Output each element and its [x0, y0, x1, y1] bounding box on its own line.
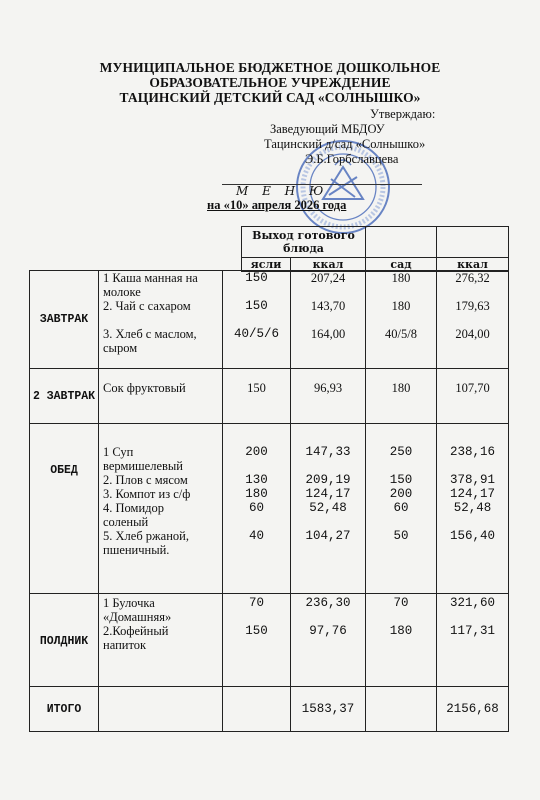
dish-value: 96,93 — [291, 381, 365, 395]
dish-value: 147,33 — [291, 445, 365, 459]
approver-org: Тацинский д/сад «Солнышко» — [264, 137, 425, 152]
dish-name-line: 1 Каша манная на — [103, 271, 222, 285]
header-output-group: Выход готового блюда — [242, 227, 366, 258]
org-header-line: ТАЦИНСКИЙ ДЕТСКИЙ САД «СОЛНЫШКО» — [0, 90, 540, 105]
dish-value: 60 — [366, 501, 436, 515]
dish-name-line: молоке — [103, 285, 222, 299]
dish-value: 107,70 — [437, 381, 508, 395]
table-header: Выход готового блюда ясли ккал сад ккал — [241, 226, 509, 272]
meal-row: 2 ЗАВТРАКСок фруктовый15096,93180107,70 — [30, 369, 509, 424]
dish-value: 70 — [223, 596, 290, 610]
dish-name-line: вермишелевый — [103, 459, 222, 473]
dish-value: 238,16 — [437, 445, 508, 459]
approve-label: Утверждаю: — [370, 107, 435, 122]
value-sad: 180 — [366, 369, 437, 424]
dish-value: 250 — [366, 445, 436, 459]
meal-name: ПОЛДНИК — [30, 594, 99, 687]
menu-date: на «10» апреля 2026 года — [207, 198, 346, 213]
value-sad: 2501502006050 — [366, 424, 437, 594]
dish-value: 321,60 — [437, 596, 508, 610]
org-header-line: ОБРАЗОВАТЕЛЬНОЕ УЧРЕЖДЕНИЕ — [0, 75, 540, 90]
dish-value: 60 — [223, 501, 290, 515]
value-yasli: 15015040/5/6 — [223, 271, 291, 369]
value-kcal2: 321,60117,31 — [437, 594, 509, 687]
approval-block: Утверждаю: Заведующий МБДОУ Тацинский д/… — [0, 107, 540, 167]
total-label: ИТОГО — [30, 687, 99, 732]
value-kcal2: 238,16378,91124,1752,48156,40 — [437, 424, 509, 594]
dish-list: 1 Супвермишелевый2. Плов с мясом3. Компо… — [99, 424, 223, 594]
value-sad: 70180 — [366, 594, 437, 687]
value-yasli: 2001301806040 — [223, 424, 291, 594]
dish-value: 40 — [223, 529, 290, 543]
meal-row: ОБЕД1 Супвермишелевый2. Плов с мясом3. К… — [30, 424, 509, 594]
dish-name-line: соленый — [103, 515, 222, 529]
dish-value: 207,24 — [291, 271, 365, 285]
dish-value: 209,19 — [291, 473, 365, 487]
dish-value: 70 — [366, 596, 436, 610]
dish-name-line: пшеничный. — [103, 543, 222, 557]
total-kcal-yasli: 1583,37 — [291, 687, 366, 732]
dish-name-line: напиток — [103, 638, 222, 652]
meal-row: ПОЛДНИК1 Булочка«Домашняя»2.Кофейныйнапи… — [30, 594, 509, 687]
dish-list: Сок фруктовый — [99, 369, 223, 424]
dish-value: 52,48 — [437, 501, 508, 515]
dish-value: 236,30 — [291, 596, 365, 610]
dish-name-line: 2. Плов с мясом — [103, 473, 222, 487]
dish-name-line: 2. Чай с сахаром — [103, 299, 222, 313]
dish-value: 180 — [366, 299, 436, 313]
dish-value: 150 — [223, 624, 290, 638]
value-kcal1: 147,33209,19124,1752,48104,27 — [291, 424, 366, 594]
dish-list: 1 Булочка«Домашняя»2.Кофейныйнапиток — [99, 594, 223, 687]
empty-cell — [99, 687, 223, 732]
dish-value: 150 — [223, 381, 290, 395]
dish-value: 179,63 — [437, 299, 508, 313]
dish-value: 180 — [223, 487, 290, 501]
meal-row: ЗАВТРАК1 Каша манная намолоке2. Чай с са… — [30, 271, 509, 369]
dish-value: 117,31 — [437, 624, 508, 638]
dish-value: 130 — [223, 473, 290, 487]
dish-list: 1 Каша манная намолоке2. Чай с сахаром3.… — [99, 271, 223, 369]
menu-table: ЗАВТРАК1 Каша манная намолоке2. Чай с са… — [29, 270, 509, 732]
dish-value: 97,76 — [291, 624, 365, 638]
dish-value: 200 — [366, 487, 436, 501]
approver-position: Заведующий МБДОУ — [270, 122, 385, 137]
dish-value: 204,00 — [437, 327, 508, 341]
dish-name-line: 1 Булочка — [103, 596, 222, 610]
value-yasli: 150 — [223, 369, 291, 424]
dish-name-line: 5. Хлеб ржаной, — [103, 529, 222, 543]
value-kcal1: 207,24143,70164,00 — [291, 271, 366, 369]
value-sad: 18018040/5/8 — [366, 271, 437, 369]
meal-name: 2 ЗАВТРАК — [30, 369, 99, 424]
meal-name: ЗАВТРАК — [30, 271, 99, 369]
total-kcal-sad: 2156,68 — [437, 687, 509, 732]
dish-value: 180 — [366, 271, 436, 285]
value-yasli: 70150 — [223, 594, 291, 687]
value-kcal2: 276,32179,63204,00 — [437, 271, 509, 369]
org-header-line: МУНИЦИПАЛЬНОЕ БЮДЖЕТНОЕ ДОШКОЛЬНОЕ — [0, 60, 540, 75]
dish-name-line: 3. Хлеб с маслом, — [103, 327, 222, 341]
dish-value: 52,48 — [291, 501, 365, 515]
dish-value: 104,27 — [291, 529, 365, 543]
org-header: МУНИЦИПАЛЬНОЕ БЮДЖЕТНОЕ ДОШКОЛЬНОЕ ОБРАЗ… — [0, 60, 540, 105]
dish-value: 180 — [366, 624, 436, 638]
dish-value: 156,40 — [437, 529, 508, 543]
value-kcal1: 236,3097,76 — [291, 594, 366, 687]
dish-value: 200 — [223, 445, 290, 459]
total-row: ИТОГО1583,372156,68 — [30, 687, 509, 732]
empty-cell — [223, 687, 291, 732]
dish-value: 50 — [366, 529, 436, 543]
dish-name-line: сыром — [103, 341, 222, 355]
dish-name-line: 1 Суп — [103, 445, 222, 459]
dish-value: 276,32 — [437, 271, 508, 285]
approver-name: Э.Б.Горбславцева — [305, 152, 398, 167]
dish-value: 124,17 — [291, 487, 365, 501]
dish-name-line: 3. Компот из с/ф — [103, 487, 222, 501]
dish-value: 143,70 — [291, 299, 365, 313]
dish-name-line: Сок фруктовый — [103, 381, 222, 395]
dish-name-line: «Домашняя» — [103, 610, 222, 624]
dish-value: 180 — [366, 381, 436, 395]
dish-value: 150 — [366, 473, 436, 487]
meal-name: ОБЕД — [30, 424, 99, 594]
dish-value: 124,17 — [437, 487, 508, 501]
dish-value: 40/5/8 — [366, 327, 436, 341]
dish-name-line: 2.Кофейный — [103, 624, 222, 638]
value-kcal2: 107,70 — [437, 369, 509, 424]
dish-value: 164,00 — [291, 327, 365, 341]
dish-value: 378,91 — [437, 473, 508, 487]
dish-value: 40/5/6 — [223, 327, 290, 341]
dish-value: 150 — [223, 299, 290, 313]
dish-value: 150 — [223, 271, 290, 285]
empty-cell — [366, 687, 437, 732]
dish-name-line: 4. Помидор — [103, 501, 222, 515]
menu-title: М Е Н Ю — [236, 184, 328, 198]
value-kcal1: 96,93 — [291, 369, 366, 424]
